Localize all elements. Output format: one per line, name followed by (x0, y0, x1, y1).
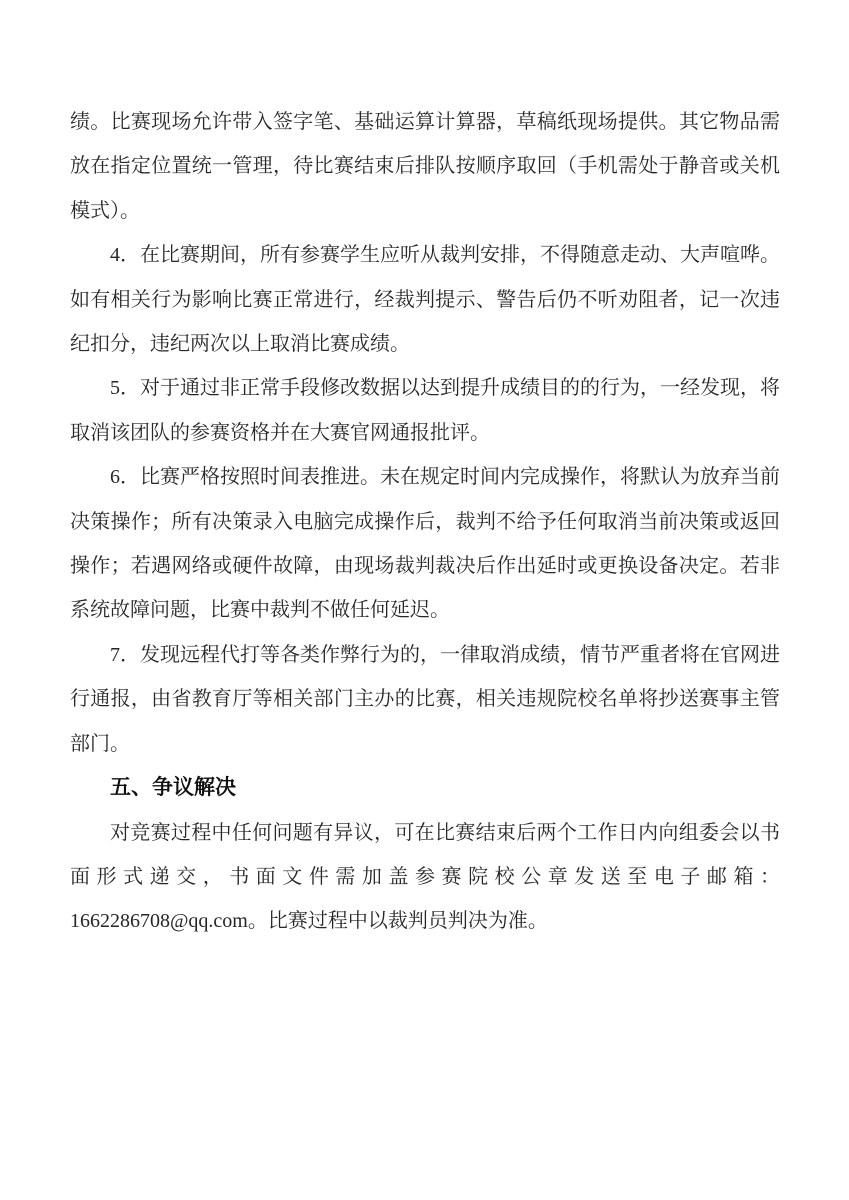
list-item-7: 7．发现远程代打等各类作弊行为的，一律取消成绩，情节严重者将在官网进行通报，由省… (70, 633, 780, 766)
list-item-4: 4．在比赛期间，所有参赛学生应听从裁判安排，不得随意走动、大声喧哗。如有相关行为… (70, 233, 780, 366)
document-body: 绩。比赛现场允许带入签字笔、基础运算计算器，草稿纸现场提供。其它物品需放在指定位… (70, 100, 780, 944)
list-item-6: 6．比赛严格按照时间表推进。未在规定时间内完成操作，将默认为放弃当前决策操作；所… (70, 455, 780, 633)
paragraph-dispute-resolution: 对竞赛过程中任何问题有异议，可在比赛结束后两个工作日内向组委会以书面形式递交，书… (70, 811, 780, 944)
list-item-5: 5．对于通过非正常手段修改数据以达到提升成绩目的的行为，一经发现，将取消该团队的… (70, 366, 780, 455)
section-heading-dispute-resolution: 五、争议解决 (70, 766, 780, 810)
document-page: 绩。比赛现场允许带入签字笔、基础运算计算器，草稿纸现场提供。其它物品需放在指定位… (0, 0, 849, 1200)
paragraph-continuation: 绩。比赛现场允许带入签字笔、基础运算计算器，草稿纸现场提供。其它物品需放在指定位… (70, 100, 780, 233)
